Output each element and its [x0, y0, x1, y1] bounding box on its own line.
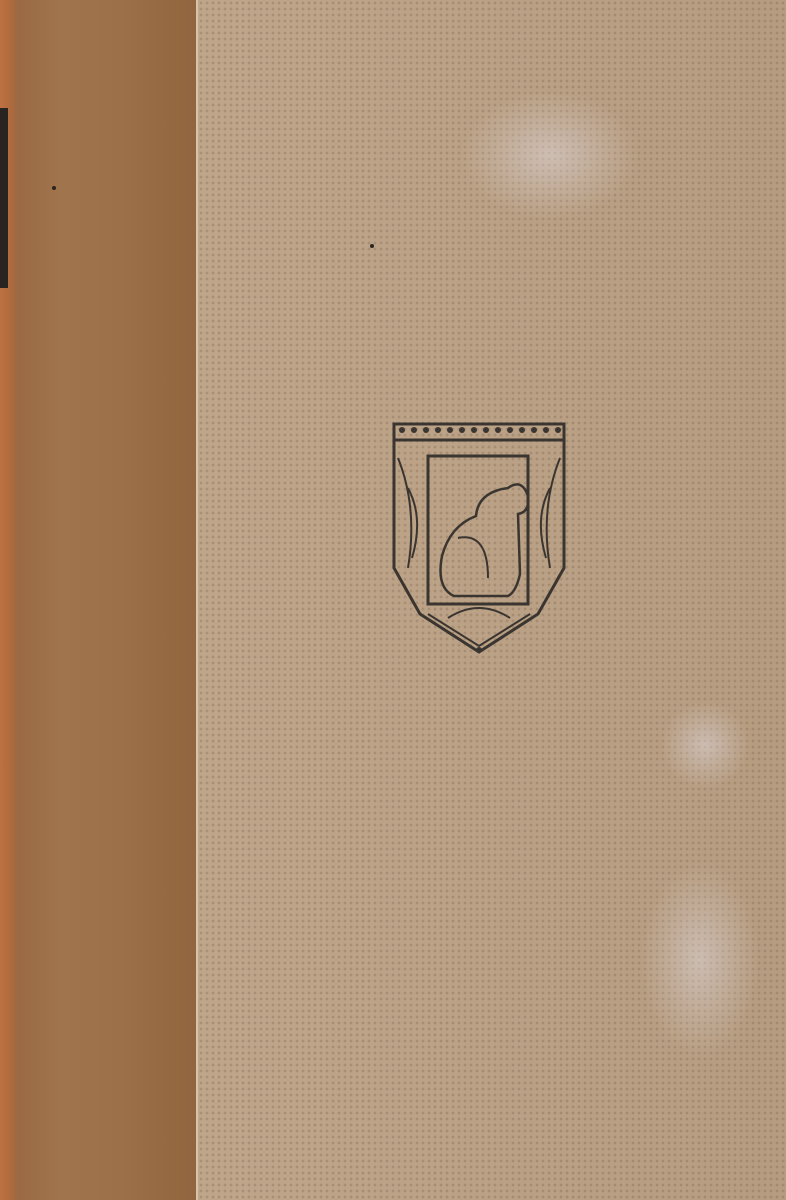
speck: [370, 244, 374, 248]
leather-spine: [0, 0, 212, 1200]
speck: [52, 186, 56, 190]
spine-label: [0, 108, 8, 288]
lion-shield-emblem-icon: [388, 418, 570, 656]
book-cover: [0, 0, 786, 1200]
wear-mark: [640, 860, 760, 1060]
wear-mark: [660, 700, 750, 790]
wear-mark: [460, 90, 640, 220]
